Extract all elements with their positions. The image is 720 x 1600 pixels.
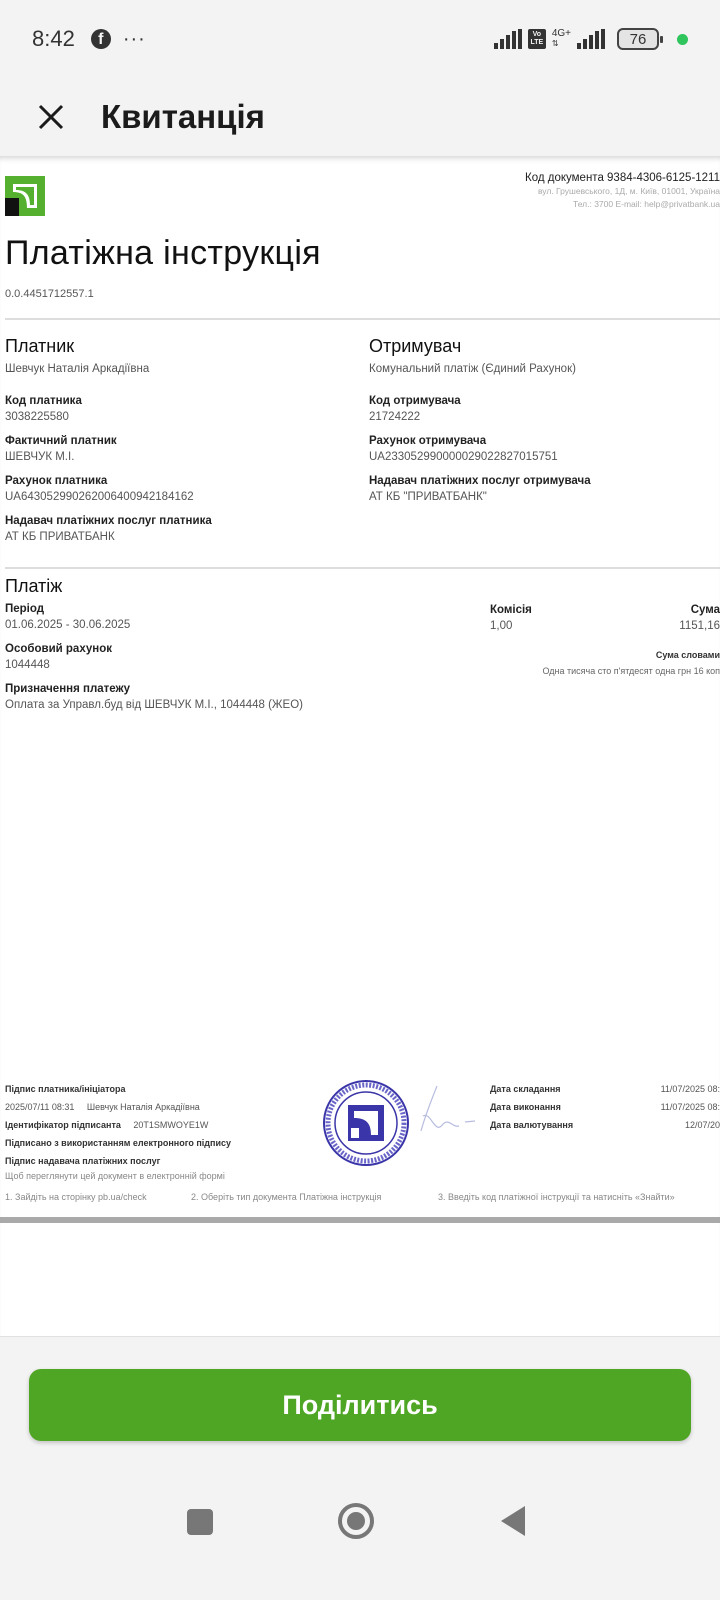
privacy-indicator-icon: [677, 34, 688, 45]
date-row: Дата валютування 12/07/2025: [490, 1116, 720, 1134]
close-button[interactable]: [31, 97, 71, 137]
sum-in-words: Одна тисяча сто п'ятдесят одна грн 16 ко…: [420, 666, 720, 676]
payer-sign-row: 2025/07/11 08:31 Шевчук Наталія Аркадіїв…: [5, 1098, 325, 1116]
divider: [5, 318, 720, 320]
field-label: Призначення платежу: [5, 683, 345, 695]
payer-bank: АТ КБ ПРИВАТБАНК: [5, 531, 345, 543]
field-label: Рахунок платника: [5, 475, 345, 487]
payer-account: UA643052990262006400942184162: [5, 491, 345, 503]
payment-purpose: Оплата за Управл.буд від ШЕВЧУК М.І., 10…: [5, 699, 345, 711]
field-label: Надавач платіжних послуг платника: [5, 515, 345, 527]
bottom-panel: Поділитись: [0, 1336, 720, 1600]
payment-period: 01.06.2025 - 30.06.2025: [5, 619, 345, 631]
recipient-bank: АТ КБ "ПРИВАТБАНК": [369, 491, 709, 503]
system-nav-bar: [0, 1497, 720, 1557]
signature-scribble-icon: [403, 1076, 483, 1156]
recents-icon[interactable]: [187, 1509, 213, 1535]
step-1: 1. Зайдіть на сторінку pb.ua/check: [5, 1192, 191, 1202]
date-row: Дата складання 11/07/2025 08:31: [490, 1080, 720, 1098]
actual-payer: ШЕВЧУК М.І.: [5, 451, 345, 463]
back-icon[interactable]: [501, 1506, 525, 1536]
app-bar: Квитанція: [0, 78, 720, 156]
sum-value: 1151,16: [679, 620, 720, 632]
personal-account: 1044448: [5, 659, 345, 671]
view-hint: Щоб переглянути цей документ в електронн…: [5, 1171, 225, 1181]
payer-name: Шевчук Наталія Аркадіївна: [5, 363, 345, 375]
check-steps: 1. Зайдіть на сторінку pb.ua/check 2. Об…: [5, 1192, 720, 1202]
commission-block: Комісія 1,00: [490, 604, 532, 644]
status-time: 8:42: [32, 26, 75, 52]
sign-datetime: 2025/07/11 08:31: [5, 1102, 74, 1112]
commission-value: 1,00: [490, 620, 532, 632]
dates-block: Дата складання 11/07/2025 08:31 Дата вик…: [490, 1080, 720, 1134]
share-button[interactable]: Поділитись: [29, 1369, 691, 1441]
signer-id-row: Ідентифікатор підписанта 20T1SMWOYE1W: [5, 1116, 325, 1134]
field-label: Особовий рахунок: [5, 643, 345, 655]
document-title: Платіжна інструкція: [5, 234, 321, 273]
field-label: Фактичний платник: [5, 435, 345, 447]
signal-icon-2: [577, 29, 605, 49]
recipient-section: Отримувач Комунальний платіж (Єдиний Рах…: [369, 336, 709, 515]
payment-heading: Платіж: [5, 576, 345, 597]
field-label: Період: [5, 603, 345, 615]
signal-icon: [494, 29, 522, 49]
bank-stamp-icon: [321, 1078, 411, 1168]
signer-id-value: 20T1SMWOYE1W: [133, 1120, 208, 1130]
step-3: 3. Введіть код платіжної інструкції та н…: [438, 1192, 675, 1202]
document-number: 0.0.4451712557.1: [5, 288, 94, 300]
divider: [5, 567, 720, 569]
document-code: Код документа 9384-4306-6125-1211: [320, 172, 720, 184]
field-label: Сума: [679, 604, 720, 616]
date-row: Дата виконання 11/07/2025 08:31: [490, 1098, 720, 1116]
document-bottom-edge: [0, 1217, 720, 1223]
close-icon: [37, 103, 65, 131]
payment-section: Платіж Період 01.06.2025 - 30.06.2025 Ос…: [5, 576, 345, 723]
network-type-icon: 4G+ ⇅: [552, 29, 571, 49]
step-2: 2. Оберіть тип документа Платіжна інстру…: [191, 1192, 438, 1202]
home-icon[interactable]: [338, 1503, 374, 1539]
status-bar: 8:42 f ··· Vo LTE 4G+ ⇅ 76: [0, 0, 720, 78]
status-indicators: Vo LTE 4G+ ⇅ 76: [494, 28, 688, 50]
recipient-heading: Отримувач: [369, 336, 709, 357]
payer-sign-label: Підпис платника/ініціатора: [5, 1080, 325, 1098]
bank-address: вул. Грушевського, 1Д, м. Київ, 01001, У…: [320, 186, 720, 197]
signer-id-label: Ідентифікатор підписанта: [5, 1120, 121, 1130]
payer-code: 3038225580: [5, 411, 345, 423]
signature-block: Підпис платника/ініціатора 2025/07/11 08…: [5, 1080, 325, 1170]
facebook-icon: f: [91, 29, 111, 49]
recipient-account: UA233052990000029022827015751: [369, 451, 709, 463]
field-label: Код платника: [5, 395, 345, 407]
esign-note: Підписано з використанням електронного п…: [5, 1134, 325, 1152]
field-label: Код отримувача: [369, 395, 709, 407]
field-label: Сума словами: [420, 650, 720, 660]
sign-name: Шевчук Наталія Аркадіївна: [87, 1102, 200, 1112]
more-dots-icon: ···: [123, 28, 146, 51]
field-label: Комісія: [490, 604, 532, 616]
battery-icon: 76: [617, 28, 659, 50]
field-label: Надавач платіжних послуг отримувача: [369, 475, 709, 487]
recipient-name: Комунальний платіж (Єдиний Рахунок): [369, 363, 709, 375]
sum-words-block: Сума словами Одна тисяча сто п'ятдесят о…: [420, 650, 720, 676]
page-title: Квитанція: [101, 98, 265, 136]
privatbank-logo-icon: [5, 176, 45, 216]
document-code-block: Код документа 9384-4306-6125-1211 вул. Г…: [320, 172, 720, 210]
payer-section: Платник Шевчук Наталія Аркадіївна Код пл…: [5, 336, 345, 555]
sum-block: Сума 1151,16: [679, 604, 720, 644]
payer-heading: Платник: [5, 336, 345, 357]
volte-icon: Vo LTE: [528, 29, 546, 49]
field-label: Рахунок отримувача: [369, 435, 709, 447]
recipient-code: 21724222: [369, 411, 709, 423]
provider-sign-label: Підпис надавача платіжних послуг: [5, 1152, 325, 1170]
bank-contact: Тел.: 3700 E-mail: help@privatbank.ua: [320, 199, 720, 210]
receipt-document[interactable]: Код документа 9384-4306-6125-1211 вул. Г…: [0, 156, 720, 1336]
